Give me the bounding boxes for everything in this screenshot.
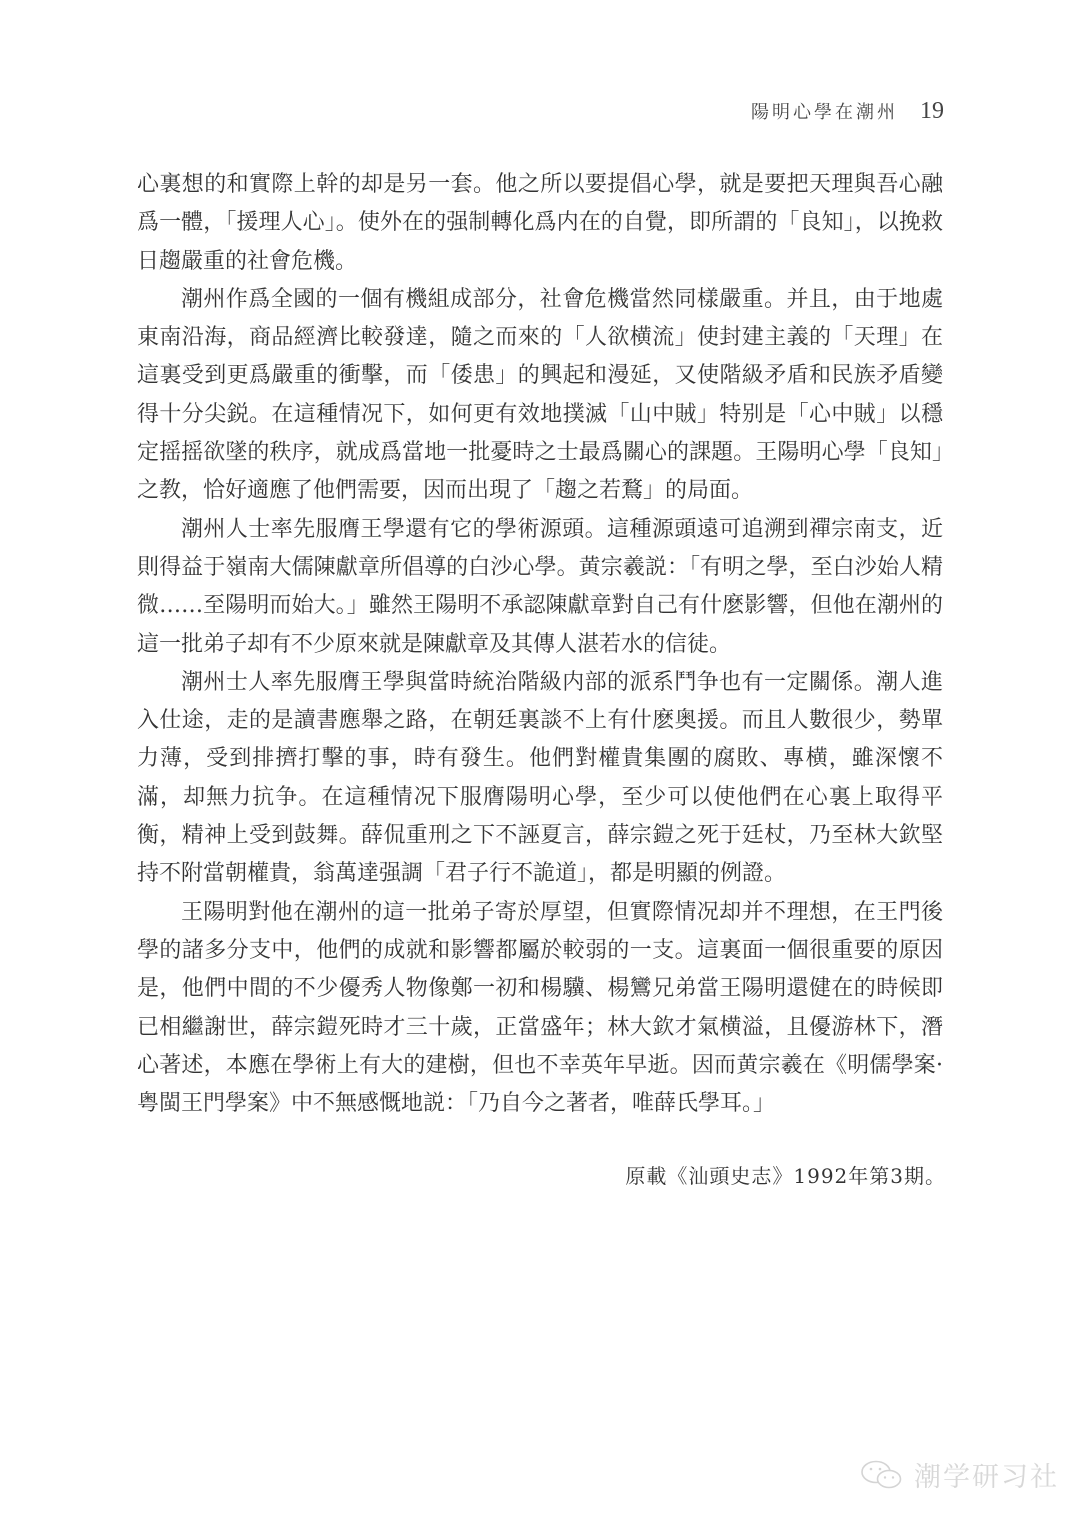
paragraph-2: 潮州作爲全國的一個有機組成部分，社會危機當然同樣嚴重。并且，由于地處東南沿海，商… — [137, 281, 943, 511]
running-head-title: 陽明心學在潮州 — [751, 98, 898, 124]
watermark: 潮学研习社 — [860, 1455, 1059, 1494]
paragraph-5: 王陽明對他在潮州的這一批弟子寄於厚望，但實際情况却并不理想，在王門後學的諸多分支… — [137, 894, 943, 1124]
wechat-icon — [860, 1460, 904, 1490]
watermark-text: 潮学研习社 — [914, 1455, 1059, 1494]
paragraph-1: 心裏想的和實際上幹的却是另一套。他之所以要提倡心學，就是要把天理與吾心融爲一體，… — [137, 166, 943, 281]
paragraph-3: 潮州人士率先服膺王學還有它的學術源頭。這種源頭遠可追溯到禪宗南支，近則得益于嶺南… — [137, 511, 943, 664]
page-number: 19 — [920, 98, 944, 125]
paragraph-4: 潮州士人率先服膺王學與當時統治階級内部的派系鬥争也有一定關係。潮人進入仕途，走的… — [137, 664, 943, 894]
running-head: 陽明心學在潮州 19 — [751, 98, 944, 125]
source-note: 原載《汕頭史志》1992年第3期。 — [625, 1160, 946, 1189]
body-text: 心裏想的和實際上幹的却是另一套。他之所以要提倡心學，就是要把天理與吾心融爲一體，… — [137, 166, 943, 1123]
